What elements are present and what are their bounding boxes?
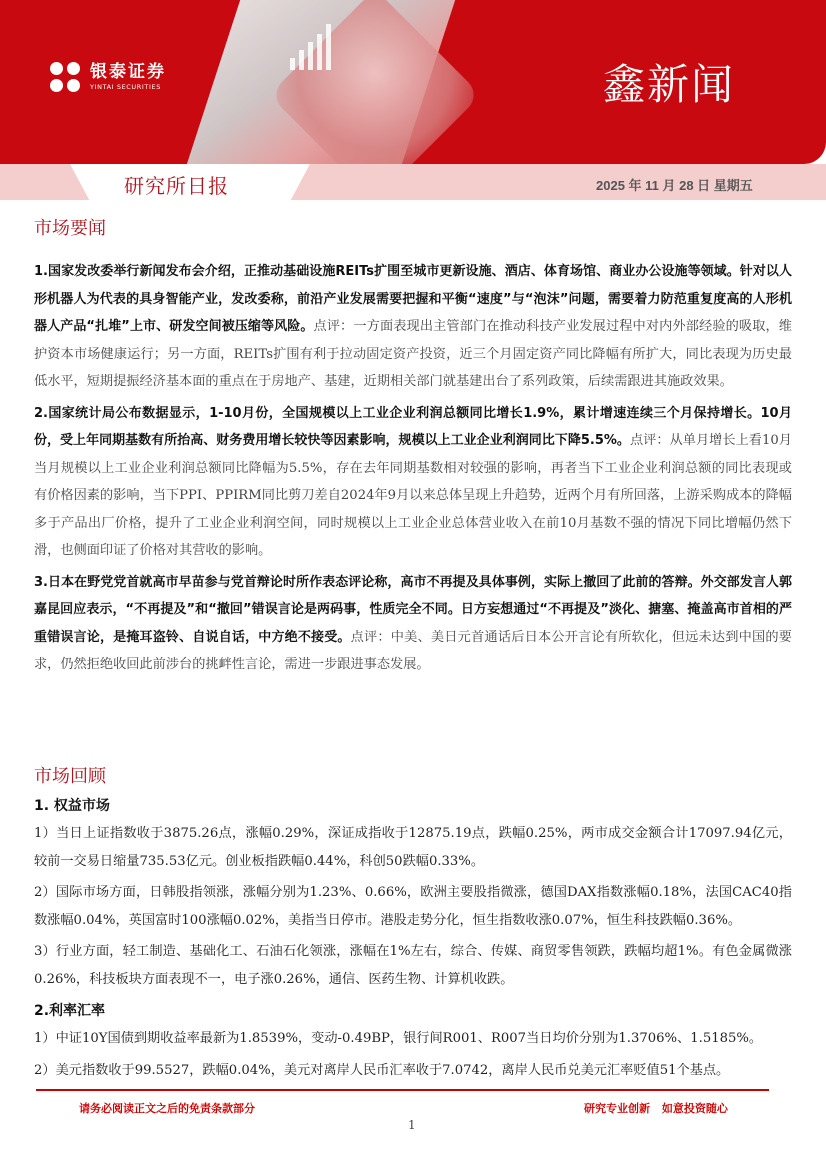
news-item: 3.日本在野党党首就高市早苗参与党首辩论时所作表态评论称，高市不再提及具体事例，… — [34, 569, 792, 679]
brand-title: 鑫新闻 — [603, 52, 735, 112]
review-paragraph: 2）国际市场方面，日韩股指领涨，涨幅分别为1.23%、0.66%，欧洲主要股指微… — [34, 879, 792, 934]
company-logo: 银泰证券 YINTAI SECURITIES — [50, 62, 166, 92]
subsection-heading-equity: 1. 权益市场 — [34, 792, 792, 820]
subsection-heading-rates: 2.利率汇率 — [34, 997, 792, 1025]
news-comment: 点评：从单月增长上看10月当月规模以上工业企业利润总额同比降幅为5.5%，存在去… — [34, 433, 792, 558]
news-list: 1.国家发改委举行新闻发布会介绍，正推动基础设施REITs扩围至城市更新设施、酒… — [34, 258, 792, 683]
footer-disclaimer: 请务必阅读正文之后的免责条款部分 — [79, 1100, 255, 1116]
footer-divider — [36, 1089, 769, 1091]
news-item: 2.国家统计局公布数据显示，1-10月份，全国规模以上工业企业利润总额同比增长1… — [34, 400, 792, 565]
review-paragraph: 3）行业方面，轻工制造、基础化工、石油石化领涨，涨幅在1%左右，综合、传媒、商贸… — [34, 938, 792, 993]
review-paragraph: 1）当日上证指数收于3875.26点，涨幅0.29%，深证成指收于12875.1… — [34, 820, 792, 875]
logo-english-name: YINTAI SECURITIES — [90, 83, 166, 91]
header-banner: 银泰证券 YINTAI SECURITIES 鑫新闻 — [0, 0, 826, 164]
report-date: 2025 年 11 月 28 日 星期五 — [596, 175, 753, 194]
review-content: 1. 权益市场 1）当日上证指数收于3875.26点，涨幅0.29%，深证成指收… — [34, 792, 792, 1088]
section-title-news: 市场要闻 — [34, 214, 106, 240]
review-paragraph: 1）中证10Y国债到期收益率最新为1.8539%，变动-0.49BP，银行间R0… — [34, 1025, 792, 1053]
page-number: 1 — [408, 1118, 416, 1132]
report-name: 研究所日报 — [124, 170, 229, 199]
news-item: 1.国家发改委举行新闻发布会介绍，正推动基础设施REITs扩围至城市更新设施、酒… — [34, 258, 792, 396]
footer-slogan: 研究专业创新 如意投资随心 — [584, 1100, 728, 1116]
review-paragraph: 2）美元指数收于99.5527，跌幅0.04%，美元对离岸人民币汇率收于7.07… — [34, 1057, 792, 1085]
yintai-logo-icon — [50, 62, 80, 92]
bar-chart-graphic-icon — [290, 20, 350, 70]
section-title-review: 市场回顾 — [34, 762, 106, 788]
logo-chinese-name: 银泰证券 — [90, 63, 166, 81]
